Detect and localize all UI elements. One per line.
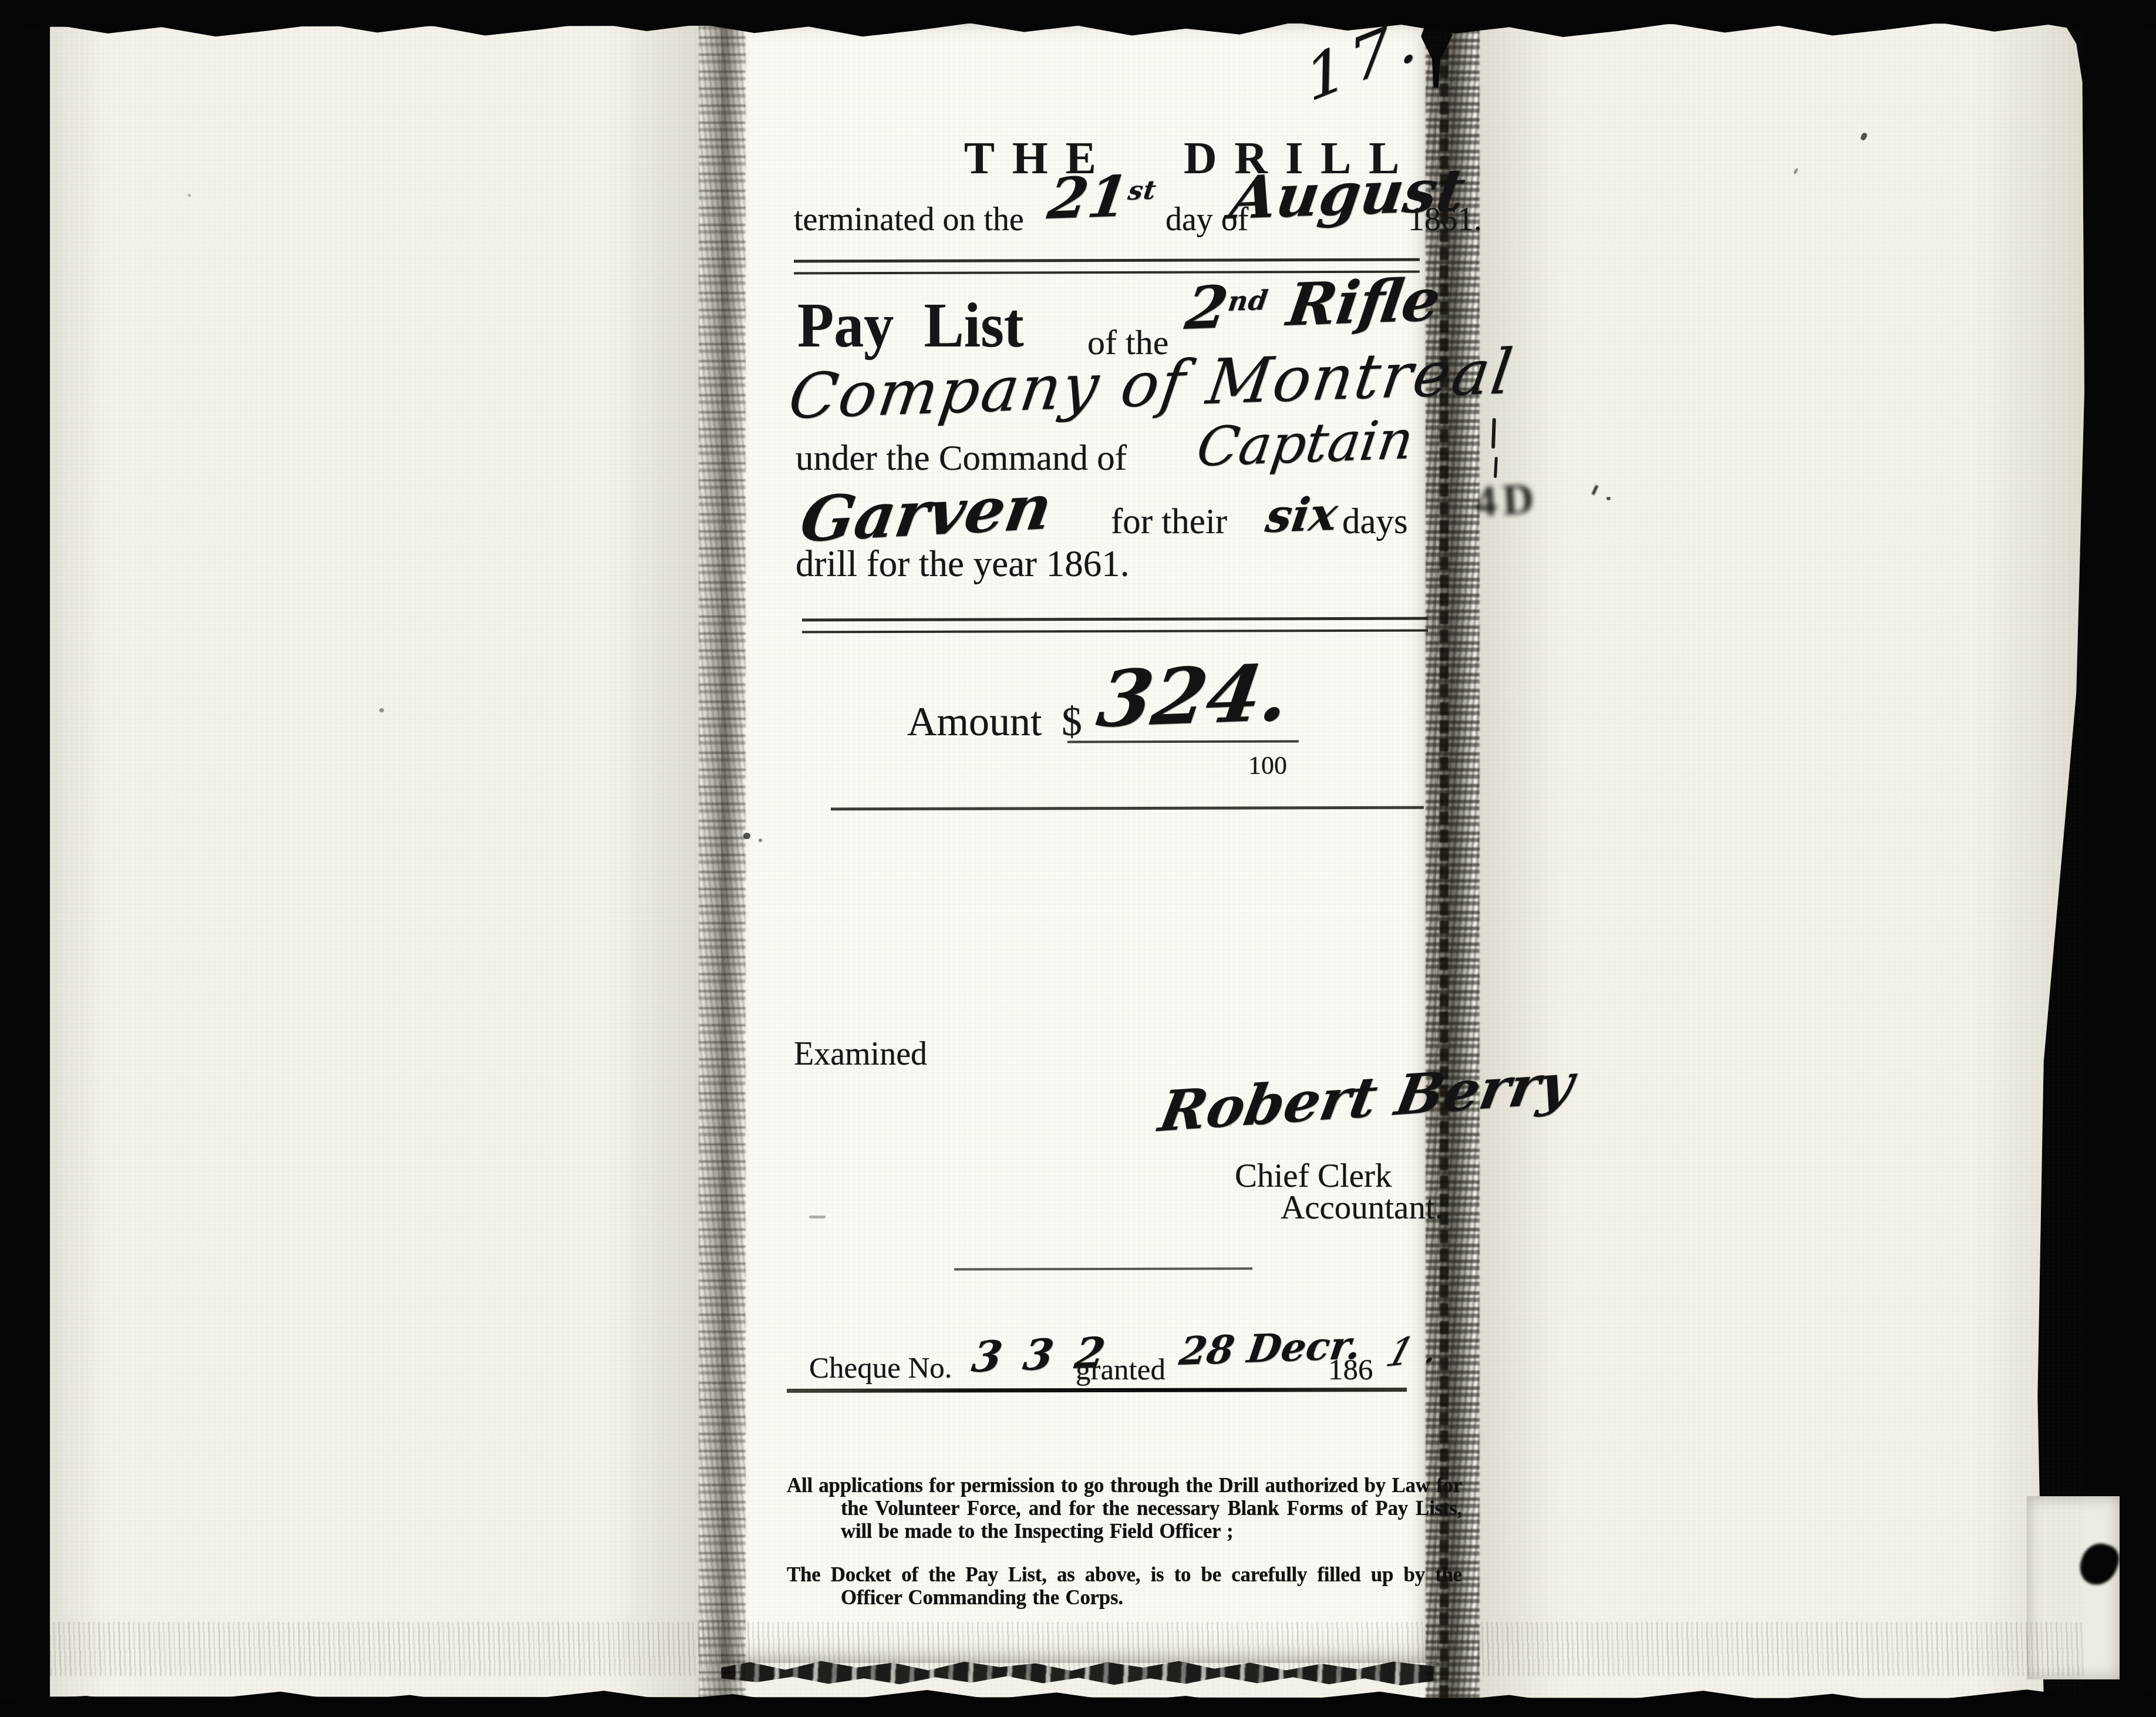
day-number-handwritten: 21st [1044, 162, 1160, 232]
days-count-handwritten: six [1262, 487, 1341, 543]
currency-symbol: $ [1062, 699, 1082, 745]
examined-label: Examined [794, 1035, 927, 1073]
commander-rank-handwritten: Captain [1193, 408, 1417, 479]
year-printed: 1861. [1408, 201, 1482, 238]
ink-speck [1606, 497, 1611, 500]
ink-blob [2075, 1538, 2123, 1590]
instructions-paragraph-2: The Docket of the Pay List, as above, is… [787, 1563, 1462, 1609]
ink-speck [743, 833, 750, 839]
ink-speck [759, 839, 762, 842]
pay-list-heading: Pay List [797, 289, 1024, 362]
ink-smudge: 4D [1474, 474, 1541, 527]
section-rule [802, 617, 1428, 634]
terminated-prefix: terminated on the [794, 201, 1024, 238]
granted-label: granted [1076, 1353, 1165, 1387]
signer-role: Accountant. [1281, 1189, 1443, 1227]
unit-handwritten: 2nd Rifle [1181, 265, 1445, 343]
ink-speck [188, 194, 191, 197]
cents-denominator: 100 [1248, 750, 1287, 780]
right-page [1477, 23, 2084, 1698]
amount-label-group: Amount $ [907, 699, 1082, 746]
cheque-label: Cheque No. [809, 1351, 952, 1385]
days-label: days [1342, 501, 1408, 543]
ink-speck [379, 708, 384, 712]
for-their-label: for their [1111, 501, 1227, 543]
instructions-paragraph-1: All applications for permission to go th… [787, 1474, 1462, 1543]
command-prefix: under the Command of [796, 438, 1127, 479]
amount-label: Amount [907, 699, 1042, 745]
unit-ordinal: nd [1226, 284, 1271, 317]
amount-value-handwritten: 324. [1092, 648, 1295, 745]
drill-year-line: drill for the year 1861. [796, 543, 1130, 585]
unit-name: Rifle [1283, 265, 1445, 339]
scan-noise-bottom [50, 1622, 2084, 1676]
pencil-dash [809, 1216, 826, 1218]
fold-crease-left [699, 23, 746, 1698]
left-page [50, 23, 700, 1698]
scanned-document: 17. THE DRILL terminated on the 21st day… [0, 0, 2156, 1717]
cheque-year-printed: 186 [1328, 1353, 1373, 1387]
day-number: 21 [1044, 163, 1132, 232]
day-ordinal: st [1126, 175, 1158, 206]
